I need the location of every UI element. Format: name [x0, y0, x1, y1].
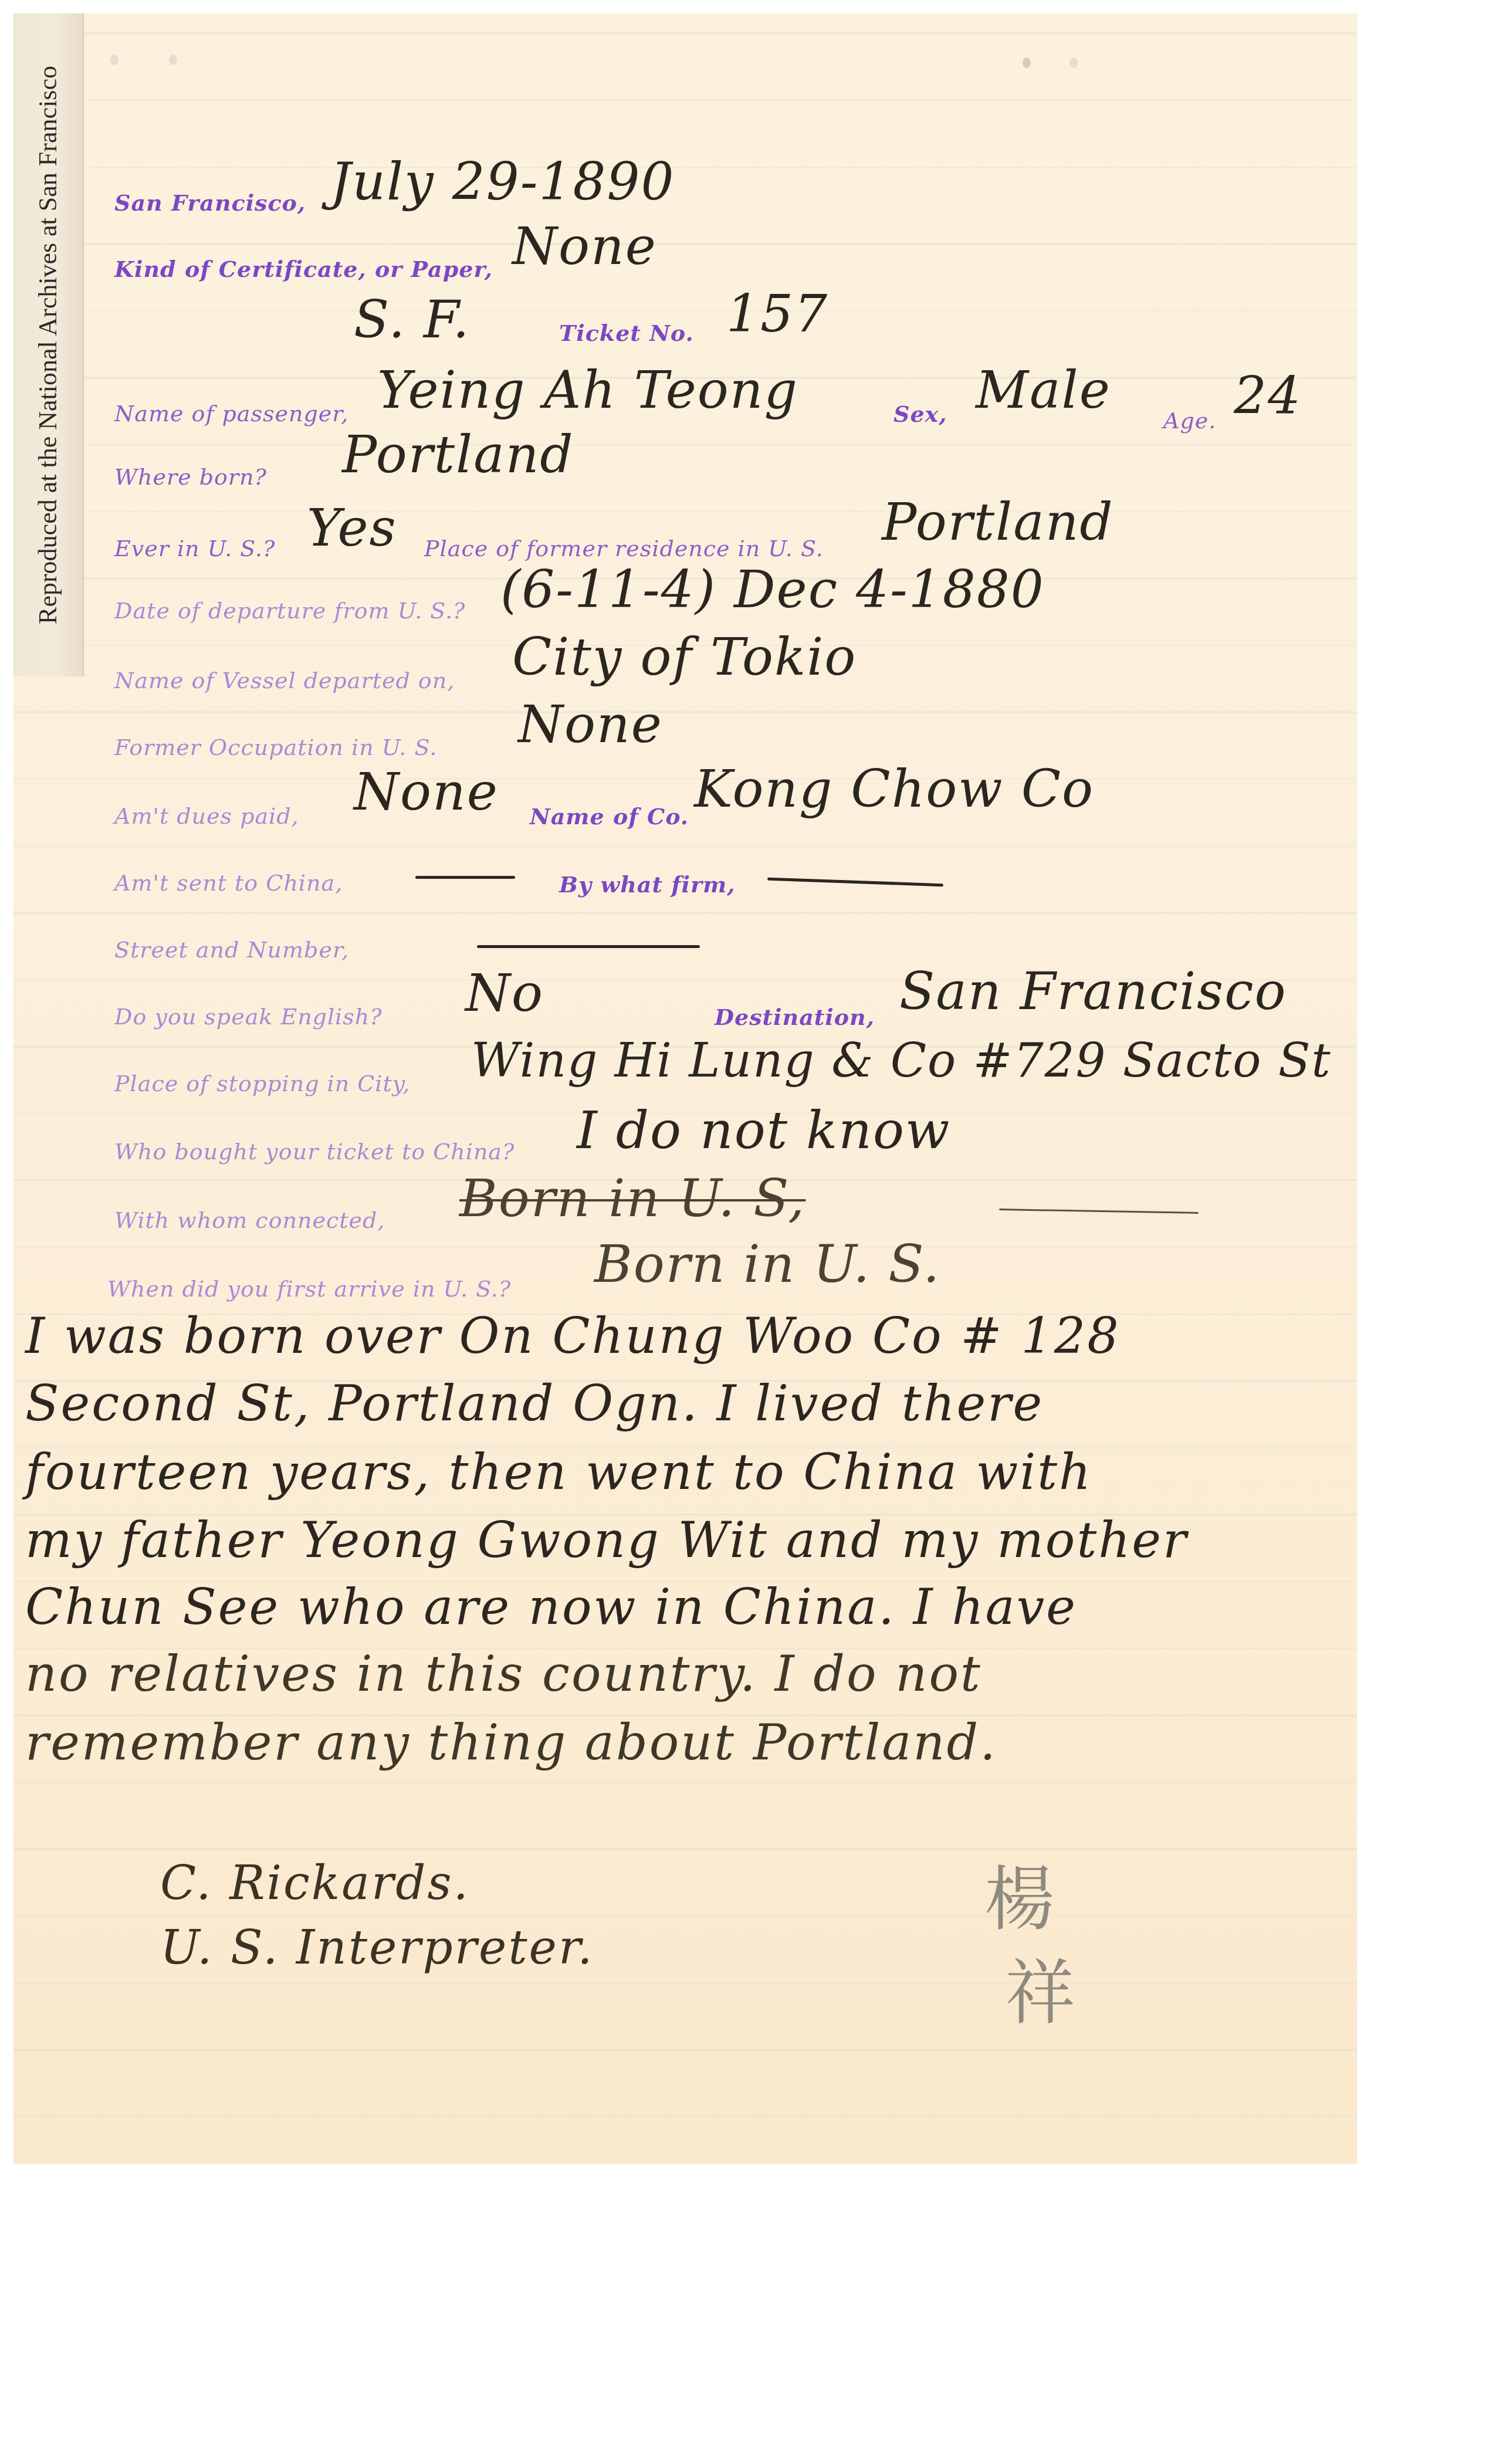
statement-line: no relatives in this country. I do not [25, 1645, 982, 1703]
occupation-value: None [518, 694, 663, 754]
street-label: Street and Number, [114, 937, 349, 963]
archive-stamp: Reproduced at the National Archives at S… [33, 66, 63, 624]
destination-value: San Francisco [899, 961, 1287, 1021]
interpreter-title: U. S. Interpreter. [160, 1920, 594, 1975]
statement-line: Second St, Portland Ogn. I lived there [25, 1375, 1044, 1432]
statement-line: Chun See who are now in China. I have [25, 1578, 1077, 1636]
statement-line: fourteen years, then went to China with [25, 1443, 1092, 1501]
english-label: Do you speak English? [114, 1004, 383, 1030]
ticket-prefix: S. F. [354, 289, 470, 350]
vessel-value: City of Tokio [512, 627, 857, 687]
document-page: Reproduced at the National Archives at S… [13, 13, 1357, 2164]
ticket-buyer-label: Who bought your ticket to China? [114, 1139, 515, 1165]
occupation-label: Former Occupation in U. S. [114, 735, 437, 760]
ticket-label: Ticket No. [559, 320, 694, 346]
company-value: Kong Chow Co [694, 759, 1094, 819]
dues-label: Am't dues paid, [114, 803, 299, 829]
chinese-name-char-2: 祥 [1005, 1955, 1075, 2033]
ticket-buyer-value: I do not know [577, 1100, 950, 1160]
chinese-name-char-1: 楊 [984, 1861, 1055, 1939]
age-value: 24 [1234, 365, 1302, 426]
punch-hole-mark [110, 55, 119, 65]
destination-label: Destination, [715, 1004, 875, 1030]
dues-value: None [354, 761, 499, 822]
company-label: Name of Co. [530, 803, 689, 830]
firm-blank-dash [767, 878, 943, 886]
ever-value: Yes [307, 497, 397, 558]
certificate-label: Kind of Certificate, or Paper, [114, 256, 493, 282]
departure-label: Date of departure from U. S.? [114, 598, 465, 624]
arrival-value: Born in U. S. [594, 1234, 940, 1294]
street-blank-dash [477, 945, 700, 948]
sex-value: Male [976, 360, 1111, 420]
ticket-value: 157 [726, 283, 828, 344]
connected-trailing-dash [999, 1209, 1199, 1214]
passenger-value: Yeing Ah Teong [377, 360, 798, 420]
statement-line: I was born over On Chung Woo Co # 128 [25, 1307, 1121, 1365]
age-label: Age. [1163, 408, 1216, 434]
statement-line: my father Yeong Gwong Wit and my mother [25, 1511, 1188, 1569]
connected-label: With whom connected, [114, 1207, 385, 1233]
arrival-label: When did you first arrive in U. S.? [107, 1276, 511, 1302]
connected-value-struck: Born in U. S, [459, 1168, 805, 1228]
former-residence-label: Place of former residence in U. S. [424, 536, 824, 561]
punch-hole-mark [1069, 57, 1078, 68]
certificate-value: None [512, 216, 657, 276]
sent-label: Am't sent to China, [114, 870, 343, 896]
departure-value: (6-11-4) Dec 4-1880 [500, 559, 1045, 620]
interpreter-signature: C. Rickards. [160, 1856, 470, 1910]
place-label: San Francisco, [114, 189, 306, 216]
archive-tape-strip: Reproduced at the National Archives at S… [13, 13, 84, 676]
punch-hole-mark [1023, 57, 1031, 68]
statement-line: remember any thing about Portland. [25, 1714, 997, 1771]
sex-label: Sex, [893, 401, 947, 427]
born-label: Where born? [114, 464, 267, 490]
english-value: No [465, 963, 544, 1023]
ever-label: Ever in U. S.? [114, 536, 275, 561]
punch-hole-mark [169, 55, 177, 65]
stopping-label: Place of stopping in City, [114, 1071, 410, 1096]
date-value: July 29-1890 [330, 151, 675, 212]
born-value: Portland [342, 424, 574, 485]
firm-label: By what firm, [559, 871, 735, 898]
former-residence-value: Portland [882, 492, 1114, 552]
stopping-value: Wing Hi Lung & Co #729 Sacto St [471, 1033, 1332, 1088]
sent-blank-dash [415, 876, 515, 879]
vessel-label: Name of Vessel departed on, [114, 668, 455, 693]
passenger-label: Name of passenger, [114, 401, 348, 427]
